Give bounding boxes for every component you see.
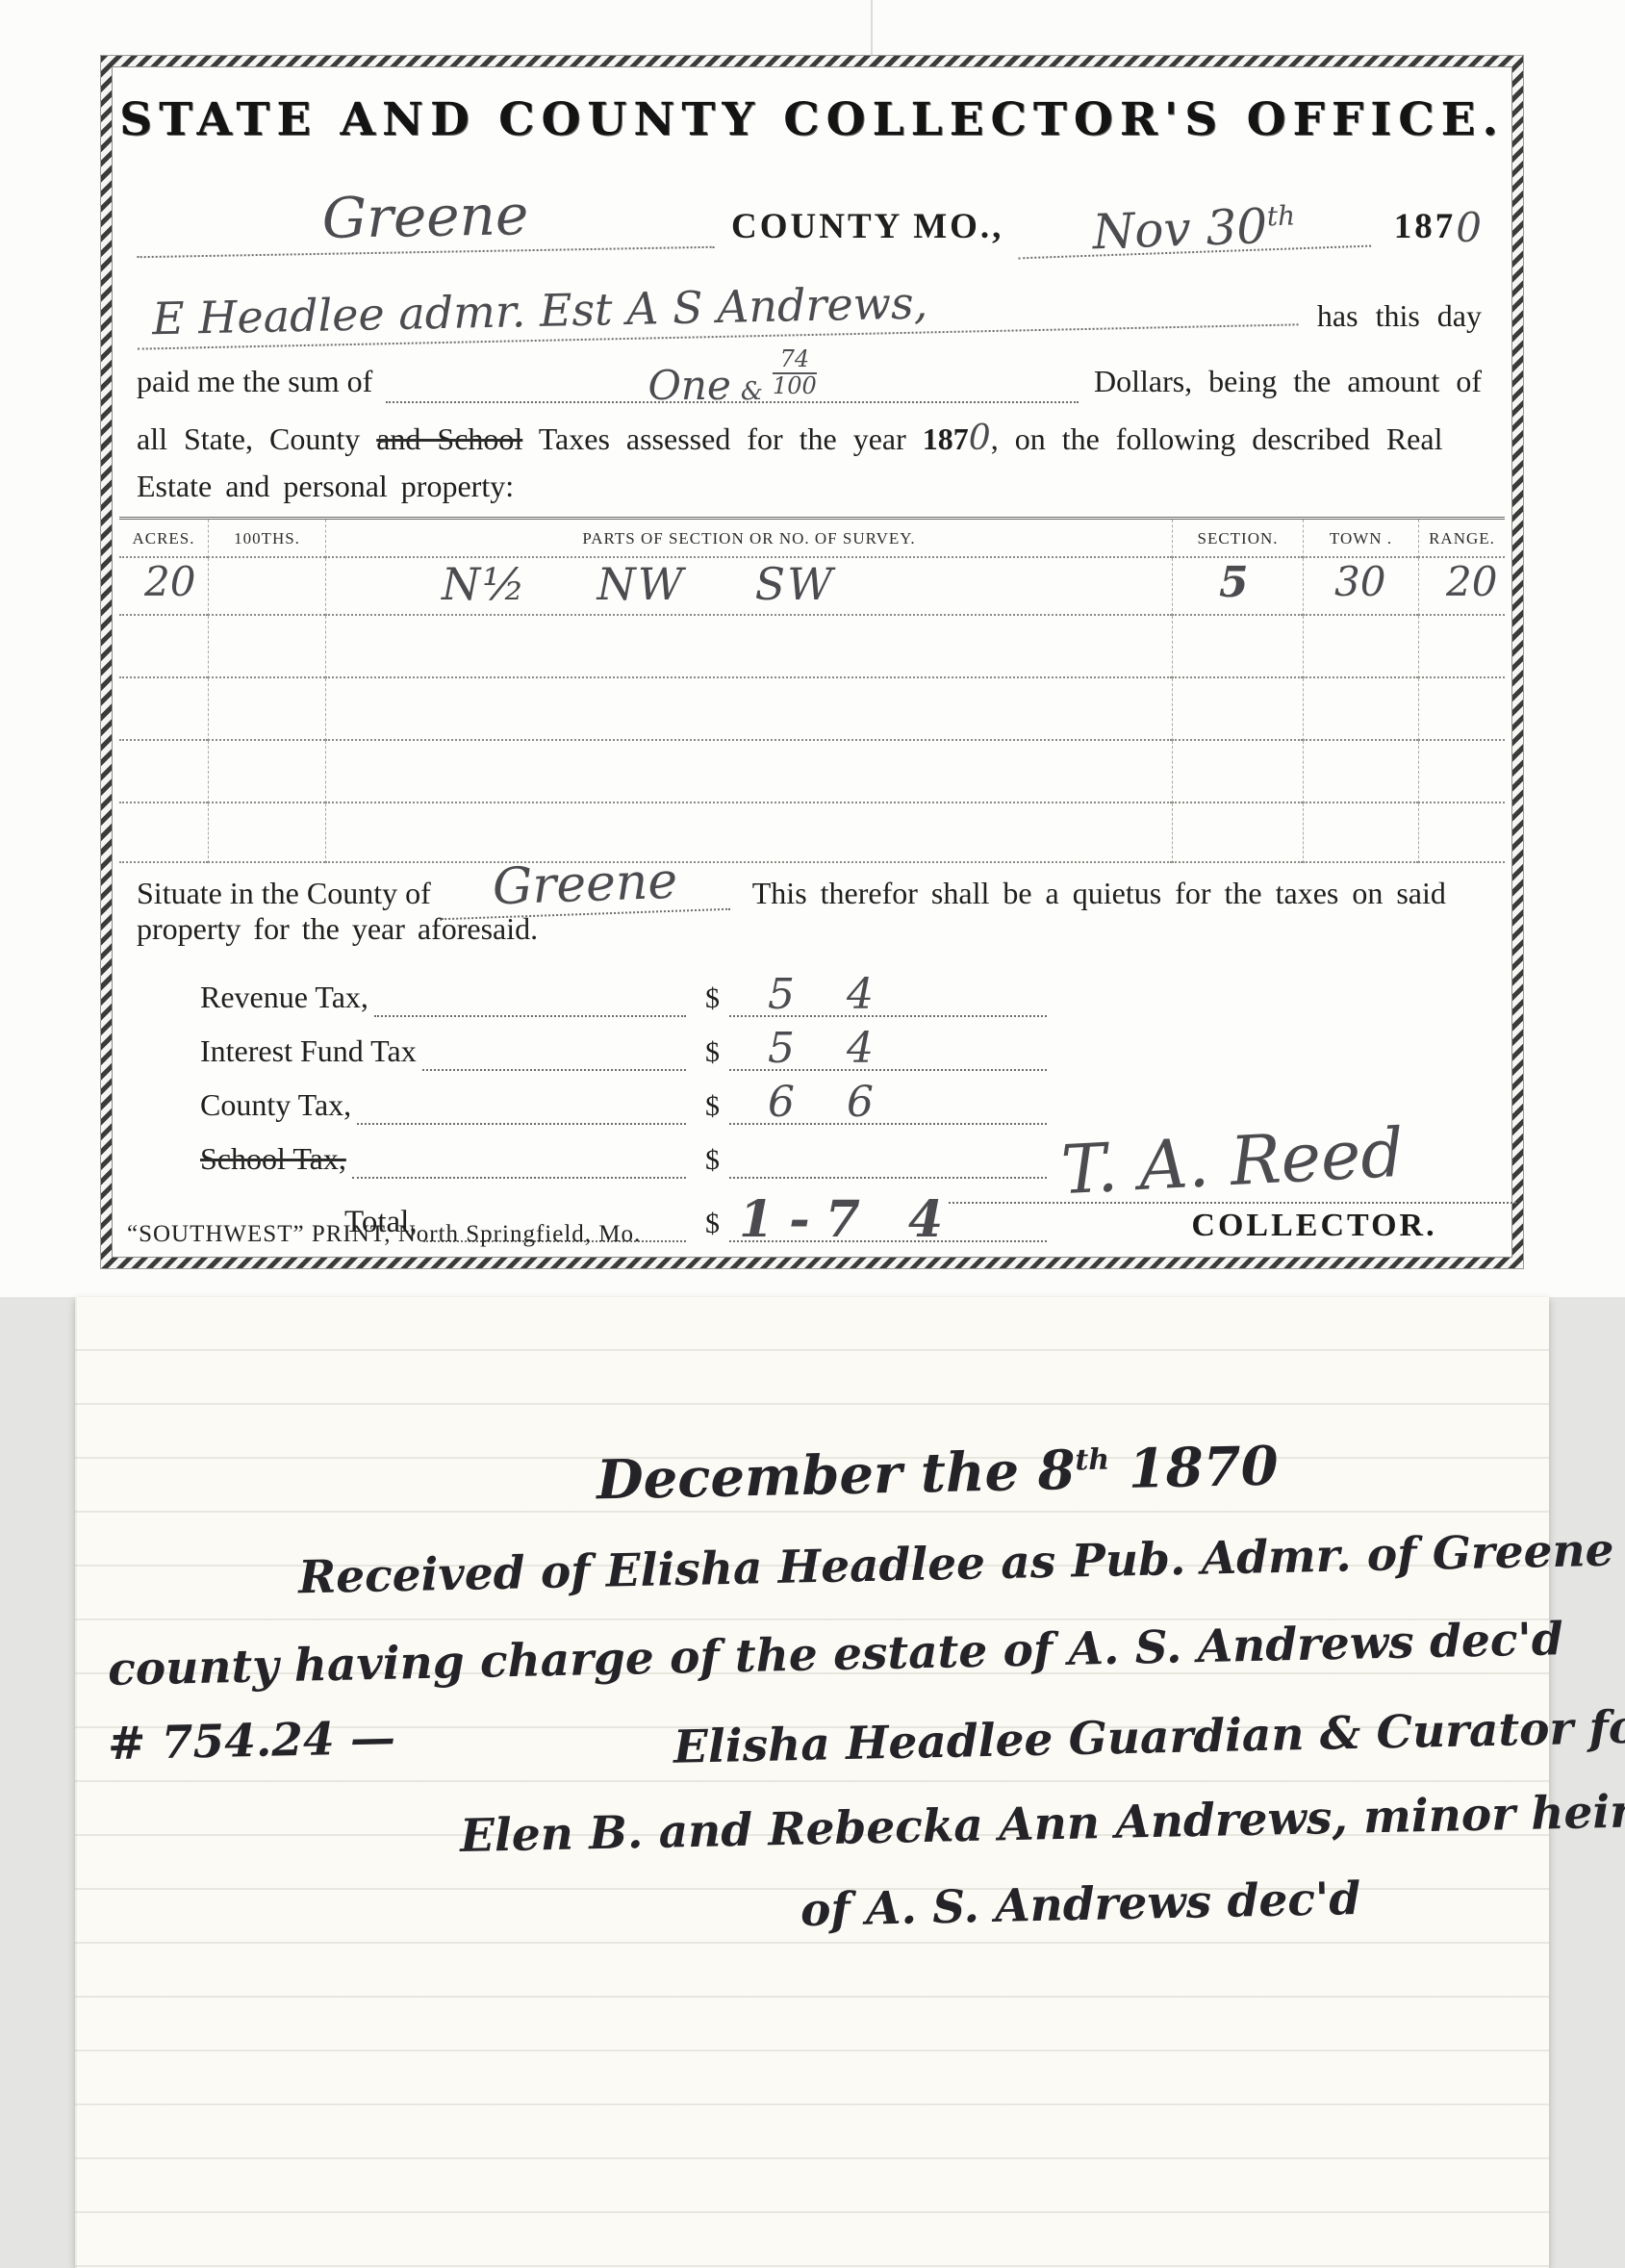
tax-receipt-form: STATE AND COUNTY COLLECTOR'S OFFICE. Gre… (101, 56, 1523, 1268)
date-handwritten: Nov 30th (1016, 180, 1372, 260)
cell-range: 20 (1419, 552, 1497, 605)
table-row: 20 N½ NW SW 5 30 20 (119, 558, 1505, 616)
cell-town: 30 (1304, 552, 1385, 605)
note-date-year: 1870 (1109, 1435, 1280, 1502)
table-row (119, 741, 1505, 803)
signature-block: T. A. Reed COLLECTOR. (949, 1113, 1516, 1244)
date-day: Nov 30 (1092, 198, 1269, 260)
cell-acres: 20 (119, 552, 195, 605)
county-label: COUNTY MO., (714, 206, 1017, 253)
dotted-leader (422, 1042, 686, 1071)
property-table: ACRES. 100THS. PARTS OF SECTION OR NO. O… (119, 517, 1505, 863)
payer-line: E Headlee admr. Est A S Andrews, has thi… (137, 276, 1482, 338)
assessed-struck-text: and School (376, 421, 522, 456)
note-sheet (75, 1297, 1549, 2268)
assessed-pre: all State, County (137, 421, 360, 456)
header-parts-of-section: PARTS OF SECTION OR NO. OF SURVEY. (325, 520, 1172, 558)
tax-row-revenue: Revenue Tax, $ 5 4 (200, 963, 1047, 1017)
cell-section: 5 (1173, 554, 1249, 607)
quietus-label: This therefor shall be a quietus for the… (729, 876, 1446, 915)
dotted-leader (374, 988, 686, 1017)
assessed-post: , on the following described Real (991, 421, 1443, 456)
situate-label: Situate in the County of (137, 876, 431, 915)
tax-label-struck: School Tax, (200, 1141, 346, 1179)
fold-crease (871, 0, 873, 56)
scanned-document: STATE AND COUNTY COLLECTOR'S OFFICE. Gre… (0, 0, 1625, 2268)
county-date-line: Greene COUNTY MO., Nov 30th 187 0 (137, 180, 1482, 253)
table-header-row: ACRES. 100THS. PARTS OF SECTION OR NO. O… (119, 520, 1505, 558)
fraction-numerator: 74 (773, 347, 817, 374)
dollar-sign: $ (692, 1090, 729, 1125)
payer-handwritten: E Headlee admr. Est A S Andrews, (136, 264, 1298, 349)
tax-amount: 5 4 (729, 1027, 1047, 1071)
aforesaid-line: property for the year aforesaid. (137, 911, 538, 947)
paid-sum-line: paid me the sum of One&74100 Dollars, be… (137, 347, 1482, 403)
tax-amount: 5 4 (729, 973, 1047, 1017)
dollar-sign: $ (692, 982, 729, 1017)
has-this-day-label: has this day (1298, 298, 1482, 338)
tax-label: County Tax, (200, 1087, 351, 1125)
printer-imprint: “SOUTHWEST” PRINT, North Springfield, Mo… (127, 1221, 641, 1248)
amount-fraction: 74100 (773, 347, 817, 398)
table-row (119, 616, 1505, 678)
note-date-ordinal: th (1075, 1443, 1109, 1478)
amount-handwritten: One&74100 (386, 347, 1079, 403)
paid-sum-label: paid me the sum of (137, 364, 372, 403)
dotted-leader (352, 1150, 686, 1179)
assessed-year-printed: 187 (923, 421, 969, 456)
year-digit-handwritten: 0 (1456, 204, 1482, 253)
amount-connector: & (731, 377, 773, 406)
note-amount: # 754.24 — (107, 1712, 395, 1771)
assessed-mid: Taxes assessed for the year (539, 421, 906, 456)
tax-row-county: County Tax, $ 6 6 (200, 1071, 1047, 1125)
date-ordinal: th (1267, 199, 1296, 232)
tax-list: Revenue Tax, $ 5 4 Interest Fund Tax $ 5… (200, 963, 1047, 1242)
dollar-sign: $ (692, 1036, 729, 1071)
fraction-denominator: 100 (773, 374, 817, 398)
year-printed: 187 (1371, 206, 1457, 253)
cell-parts: N½ NW SW (326, 556, 834, 610)
dotted-leader (357, 1096, 686, 1125)
dollars-label: Dollars, being the amount of (1079, 364, 1482, 403)
situate-county-handwritten: Greene (440, 849, 730, 920)
header-section: SECTION. (1172, 520, 1303, 558)
dollar-sign: $ (692, 1208, 729, 1242)
form-title: STATE AND COUNTY COLLECTOR'S OFFICE. (112, 93, 1512, 146)
situate-line: Situate in the County of Greene This the… (137, 854, 1482, 915)
tax-row-interest: Interest Fund Tax $ 5 4 (200, 1017, 1047, 1071)
amount-words: One (647, 362, 730, 409)
dollar-sign: $ (692, 1144, 729, 1179)
county-handwritten: Greene (136, 175, 714, 258)
assessed-line: all State, County and School Taxes asses… (137, 419, 1482, 458)
tax-label: Interest Fund Tax (200, 1033, 417, 1071)
tax-label: Revenue Tax, (200, 980, 368, 1017)
header-100ths: 100THS. (208, 520, 325, 558)
assessed-year-handwritten: 0 (969, 419, 991, 458)
estate-line: Estate and personal property: (137, 469, 514, 504)
table-row (119, 678, 1505, 741)
receipt-sheet: STATE AND COUNTY COLLECTOR'S OFFICE. Gre… (0, 0, 1625, 1297)
note-date-pre: December the 8 (596, 1439, 1076, 1512)
tax-row-school: School Tax, $ (200, 1125, 1047, 1179)
